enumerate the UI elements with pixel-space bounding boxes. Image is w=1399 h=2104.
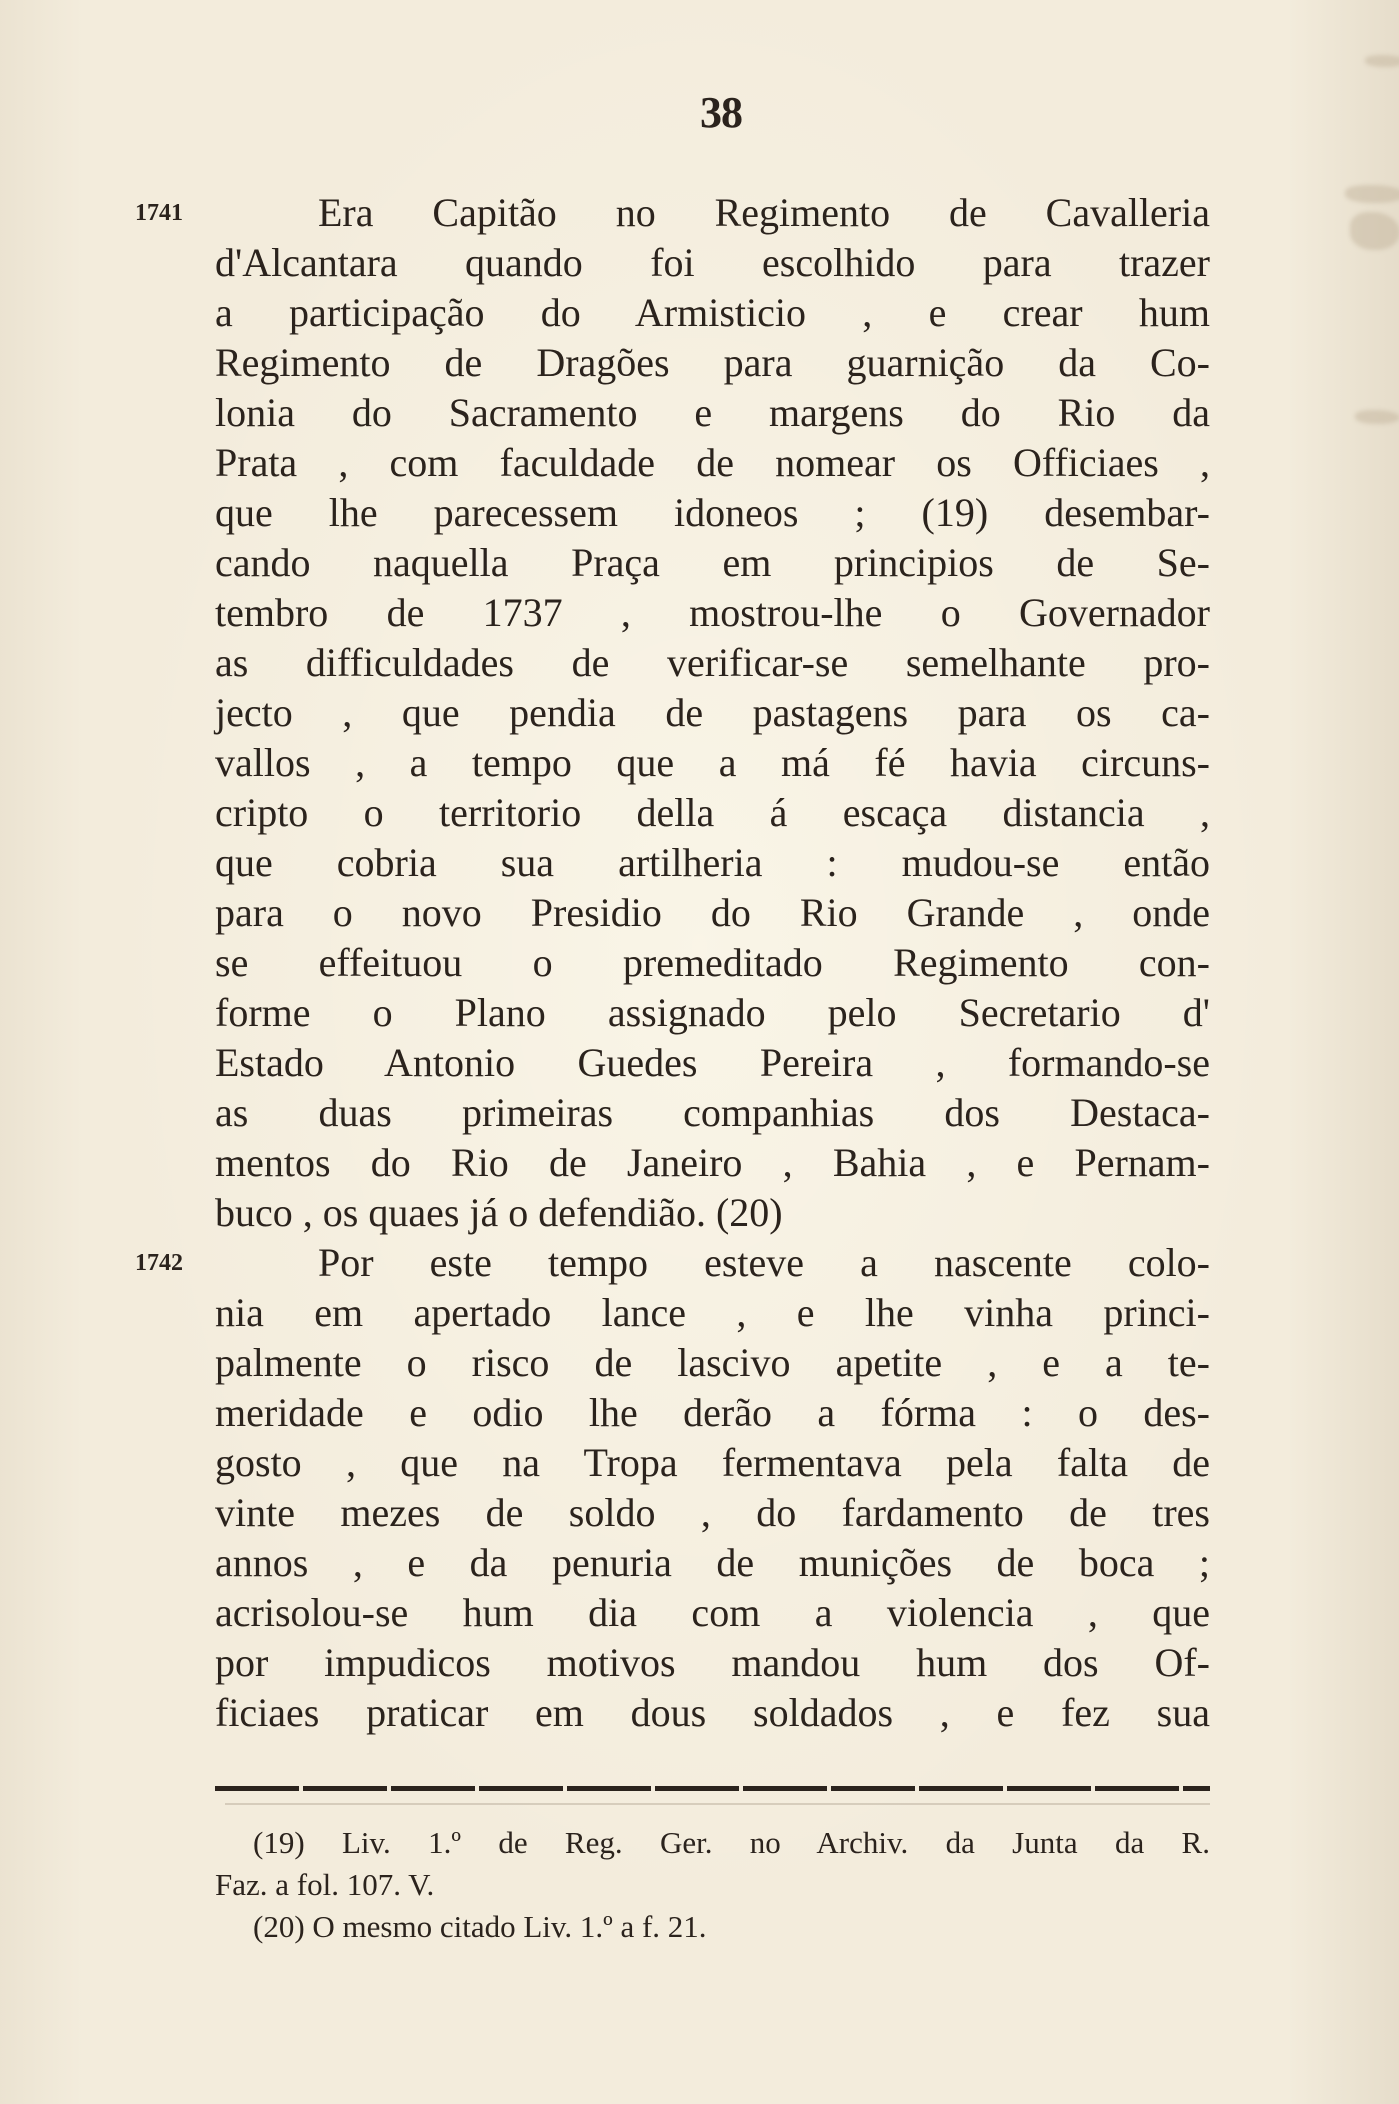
text-line: annos , e da penuria de munições de boca… — [215, 1538, 1210, 1588]
text-line: as difficuldades de verificar-se semelha… — [215, 638, 1210, 688]
text-line: meridade e odio lhe derão a fórma : o de… — [215, 1388, 1210, 1438]
text-line: Regimento de Dragões para guarnição da C… — [215, 338, 1210, 388]
text-line: tembro de 1737 , mostrou-lhe o Governado… — [215, 588, 1210, 638]
text-line: palmente o risco de lascivo apetite , e … — [215, 1338, 1210, 1388]
text-line: se effeituou o premeditado Regimento con… — [215, 938, 1210, 988]
text-line: que cobria sua artilheria : mudou-se ent… — [215, 838, 1210, 888]
text-line: 1742 Por este tempo esteve a nascente co… — [215, 1238, 1210, 1288]
text-line: cripto o territorio della á escaça dista… — [215, 788, 1210, 838]
text-line: vallos , a tempo que a má fé havia circu… — [215, 738, 1210, 788]
text-line: jecto , que pendia de pastagens para os … — [215, 688, 1210, 738]
text-line: a participação do Armisticio , e crear h… — [215, 288, 1210, 338]
text-line: as duas primeiras companhias dos Destaca… — [215, 1088, 1210, 1138]
edge-stain — [1365, 55, 1399, 67]
text-line: buco , os quaes já o defendião. (20) — [215, 1188, 1210, 1238]
text-line: 1741 Era Capitão no Regimento de Cavalle… — [215, 188, 1210, 238]
text-line: gosto , que na Tropa fermentava pela fal… — [215, 1438, 1210, 1488]
margin-year: 1742 — [135, 1238, 183, 1288]
text-line: ficiaes praticar em dous soldados , e fe… — [215, 1688, 1210, 1738]
text-line: cando naquella Praça em principios de Se… — [215, 538, 1210, 588]
text-line: acrisolou-se hum dia com a violencia , q… — [215, 1588, 1210, 1638]
text-line: d'Alcantara quando foi escolhido para tr… — [215, 238, 1210, 288]
margin-year: 1741 — [135, 188, 183, 238]
footnote-19-continuation: Faz. a fol. 107. V. — [215, 1864, 1210, 1906]
page-number: 38 — [0, 88, 1399, 138]
edge-stain — [1350, 212, 1399, 250]
text-line: forme o Plano assignado pelo Secretario … — [215, 988, 1210, 1038]
text-line: Estado Antonio Guedes Pereira , formando… — [215, 1038, 1210, 1088]
text-line: que lhe parecessem idoneos ; (19) desemb… — [215, 488, 1210, 538]
text-line: Prata , com faculdade de nomear os Offic… — [215, 438, 1210, 488]
text-line: lonia do Sacramento e margens do Rio da — [215, 388, 1210, 438]
text-line: vinte mezes de soldo , do fardamento de … — [215, 1488, 1210, 1538]
edge-stain — [1355, 410, 1399, 424]
footnote-separator-rule — [215, 1786, 1210, 1791]
edge-stain — [1345, 185, 1399, 203]
footnotes: (19) Liv. 1.º de Reg. Ger. no Archiv. da… — [215, 1822, 1210, 1948]
footnote-20: (20) O mesmo citado Liv. 1.º a f. 21. — [215, 1906, 1210, 1948]
text-line: nia em apertado lance , e lhe vinha prin… — [215, 1288, 1210, 1338]
footnote-19: (19) Liv. 1.º de Reg. Ger. no Archiv. da… — [215, 1822, 1210, 1864]
body-text: 1741 Era Capitão no Regimento de Cavalle… — [215, 188, 1210, 1738]
text-line: mentos do Rio de Janeiro , Bahia , e Per… — [215, 1138, 1210, 1188]
footnote-separator-shadow — [225, 1803, 1210, 1805]
text-line: para o novo Presidio do Rio Grande , ond… — [215, 888, 1210, 938]
text-line: por impudicos motivos mandou hum dos Of- — [215, 1638, 1210, 1688]
